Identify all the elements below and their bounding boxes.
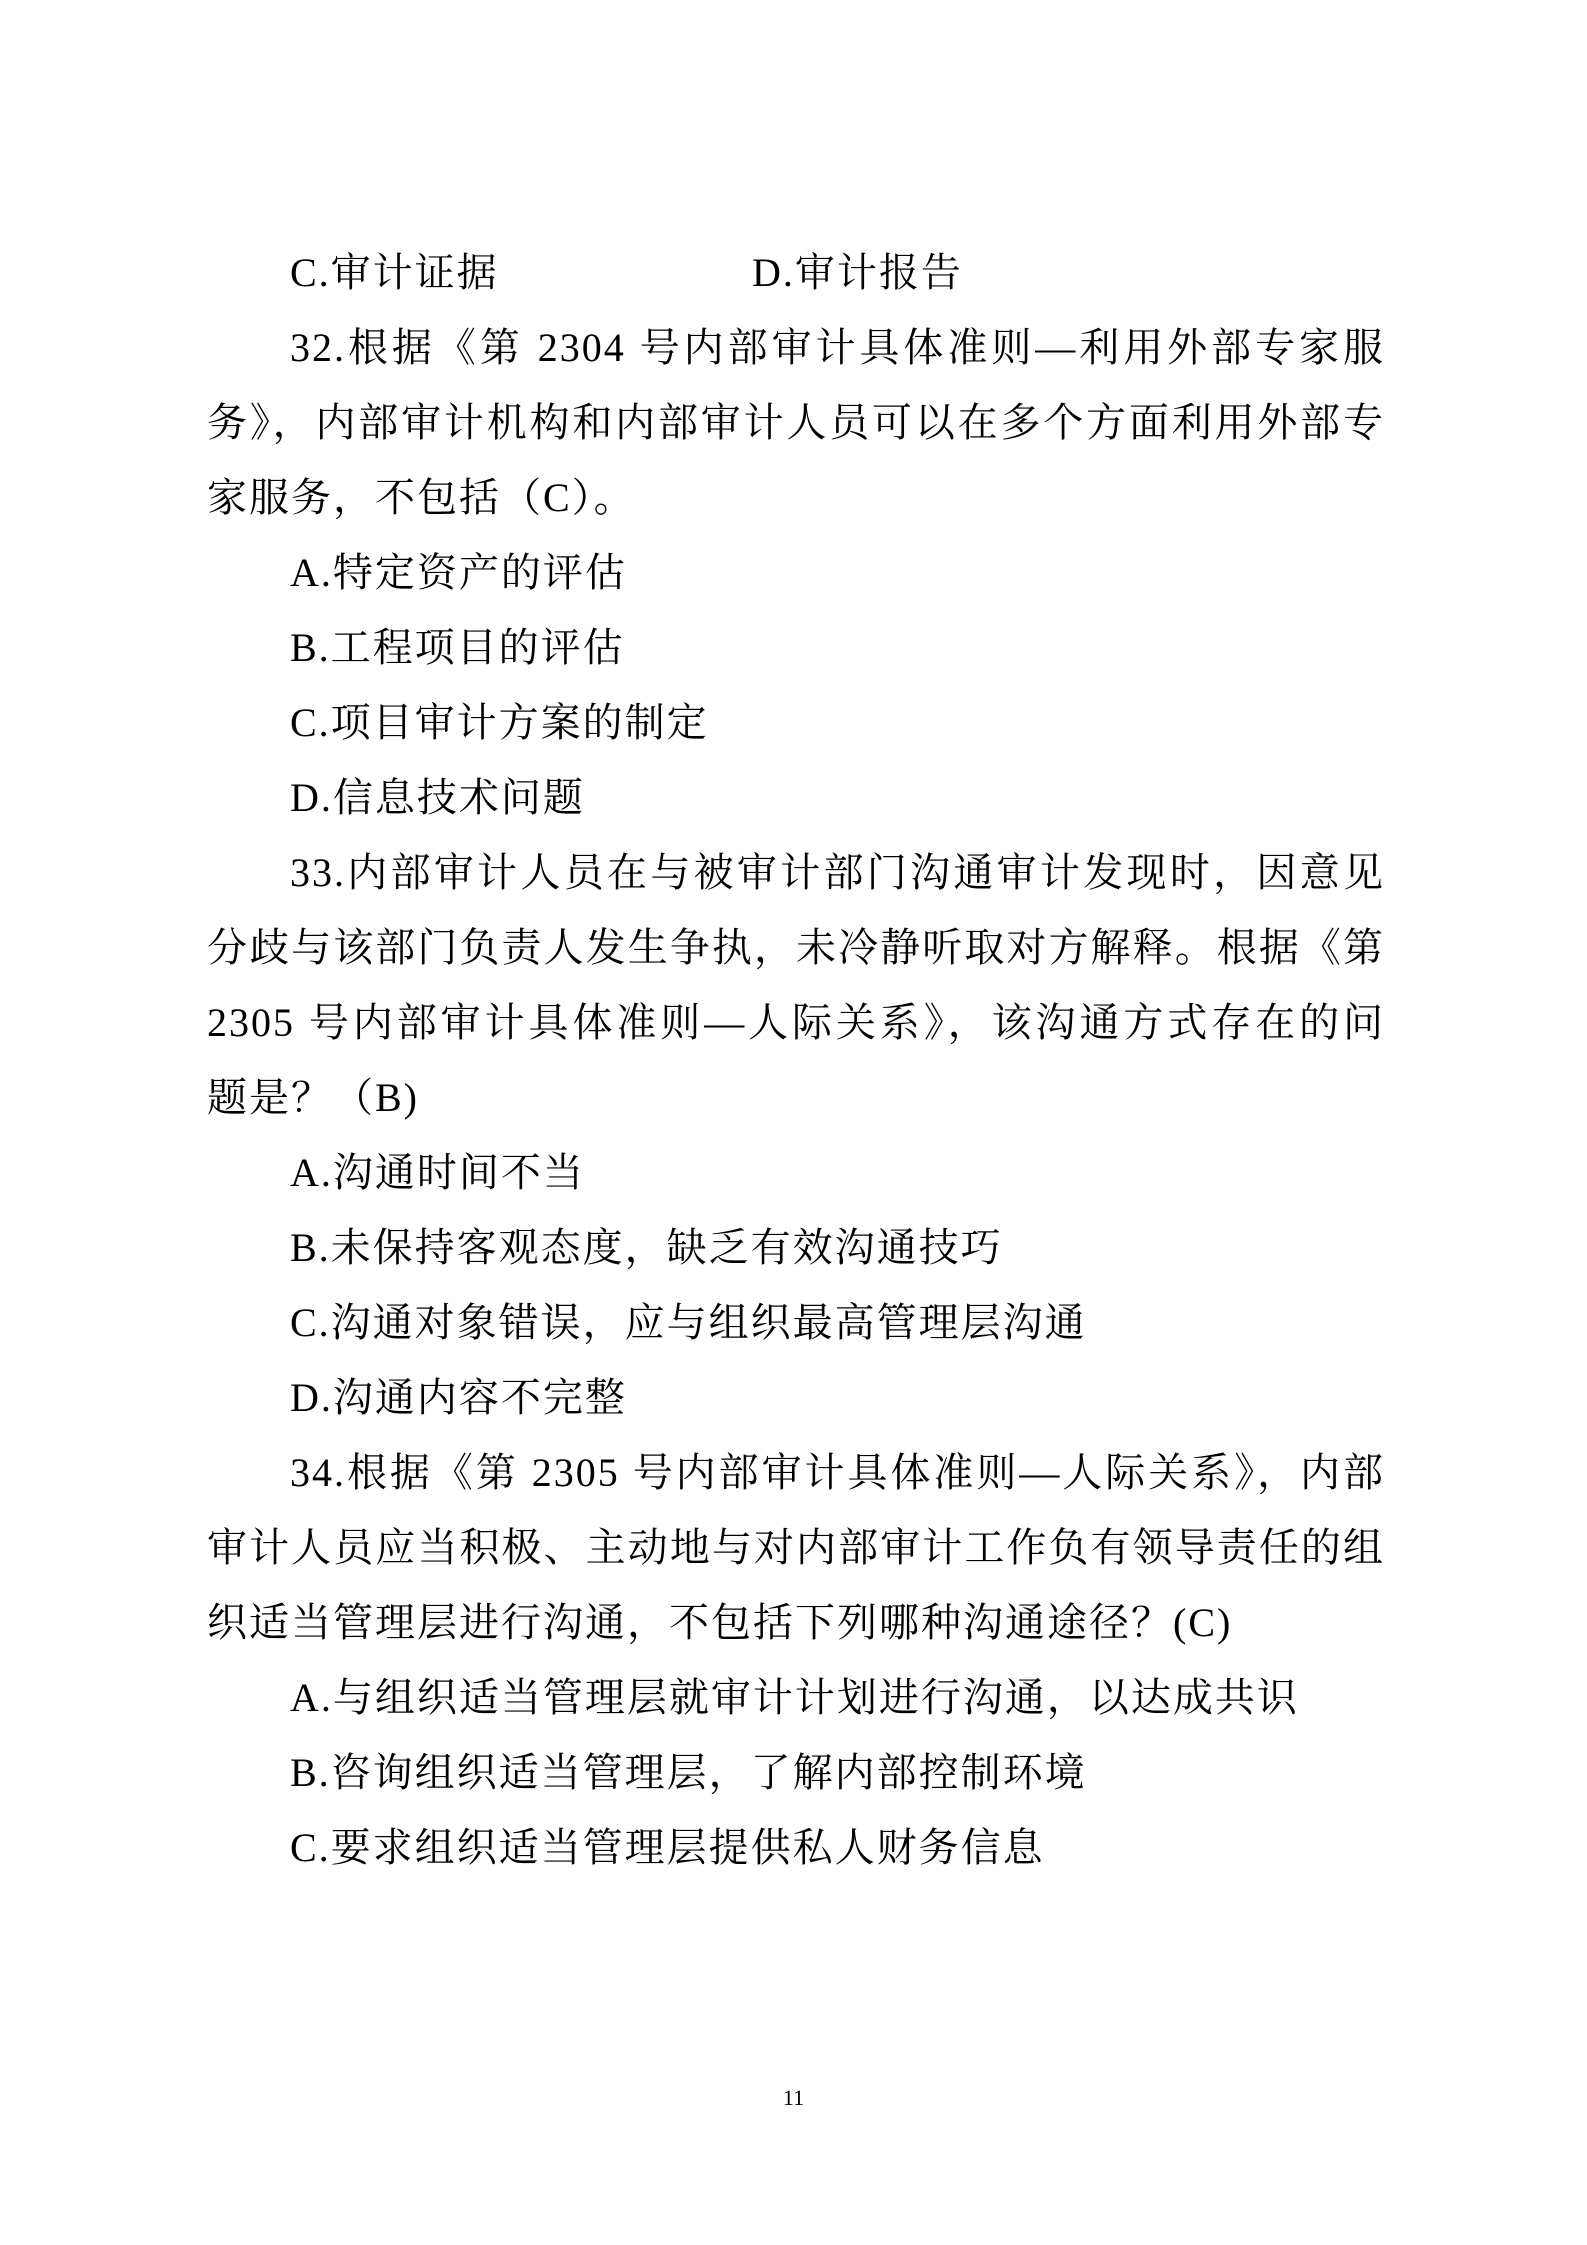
q33-option-c: C.沟通对象错误，应与组织最高管理层沟通 xyxy=(290,1295,1087,1351)
q34-stem-line-3: 织适当管理层进行沟通，不包括下列哪种沟通途径？(C) xyxy=(207,1595,1232,1651)
q34-option-a: A.与组织适当管理层就审计计划进行沟通，以达成共识 xyxy=(290,1670,1299,1726)
q32-option-c: C.项目审计方案的制定 xyxy=(290,695,709,751)
q32-stem-line-2: 务》，内部审计机构和内部审计人员可以在多个方面利用外部专 xyxy=(207,395,1385,451)
q33-stem-line-2: 分歧与该部门负责人发生争执，未冷静听取对方解释。根据《第 xyxy=(207,920,1385,976)
q33-stem-line-4: 题是？（B) xyxy=(207,1070,419,1126)
q34-option-c: C.要求组织适当管理层提供私人财务信息 xyxy=(290,1820,1045,1876)
q32-stem-line-3: 家服务，不包括（C）。 xyxy=(207,470,636,526)
q34-option-b: B.咨询组织适当管理层，了解内部控制环境 xyxy=(290,1745,1087,1801)
q33-option-d: D.沟通内容不完整 xyxy=(290,1370,627,1426)
q33-option-b: B.未保持客观态度，缺乏有效沟通技巧 xyxy=(290,1220,1003,1276)
q33-stem-line-1: 33.内部审计人员在与被审计部门沟通审计发现时，因意见 xyxy=(290,845,1385,901)
q32-option-d: D.信息技术问题 xyxy=(290,770,585,826)
q32-option-b: B.工程项目的评估 xyxy=(290,620,625,676)
page-number: 11 xyxy=(0,2084,1587,2112)
q32-stem-line-1: 32.根据《第 2304 号内部审计具体准则—利用外部专家服 xyxy=(290,320,1385,376)
q33-option-a: A.沟通时间不当 xyxy=(290,1145,585,1201)
q32-option-a: A.特定资产的评估 xyxy=(290,545,627,601)
q31-option-d: D.审计报告 xyxy=(752,245,963,301)
q33-stem-line-3: 2305 号内部审计具体准则—人际关系》，该沟通方式存在的问 xyxy=(207,995,1385,1051)
q34-stem-line-2: 审计人员应当积极、主动地与对内部审计工作负有领导责任的组 xyxy=(207,1520,1385,1576)
document-page: C.审计证据 D.审计报告 32.根据《第 2304 号内部审计具体准则—利用外… xyxy=(0,0,1587,2245)
q34-stem-line-1: 34.根据《第 2305 号内部审计具体准则—人际关系》，内部 xyxy=(290,1445,1385,1501)
q31-option-c: C.审计证据 xyxy=(290,245,499,301)
